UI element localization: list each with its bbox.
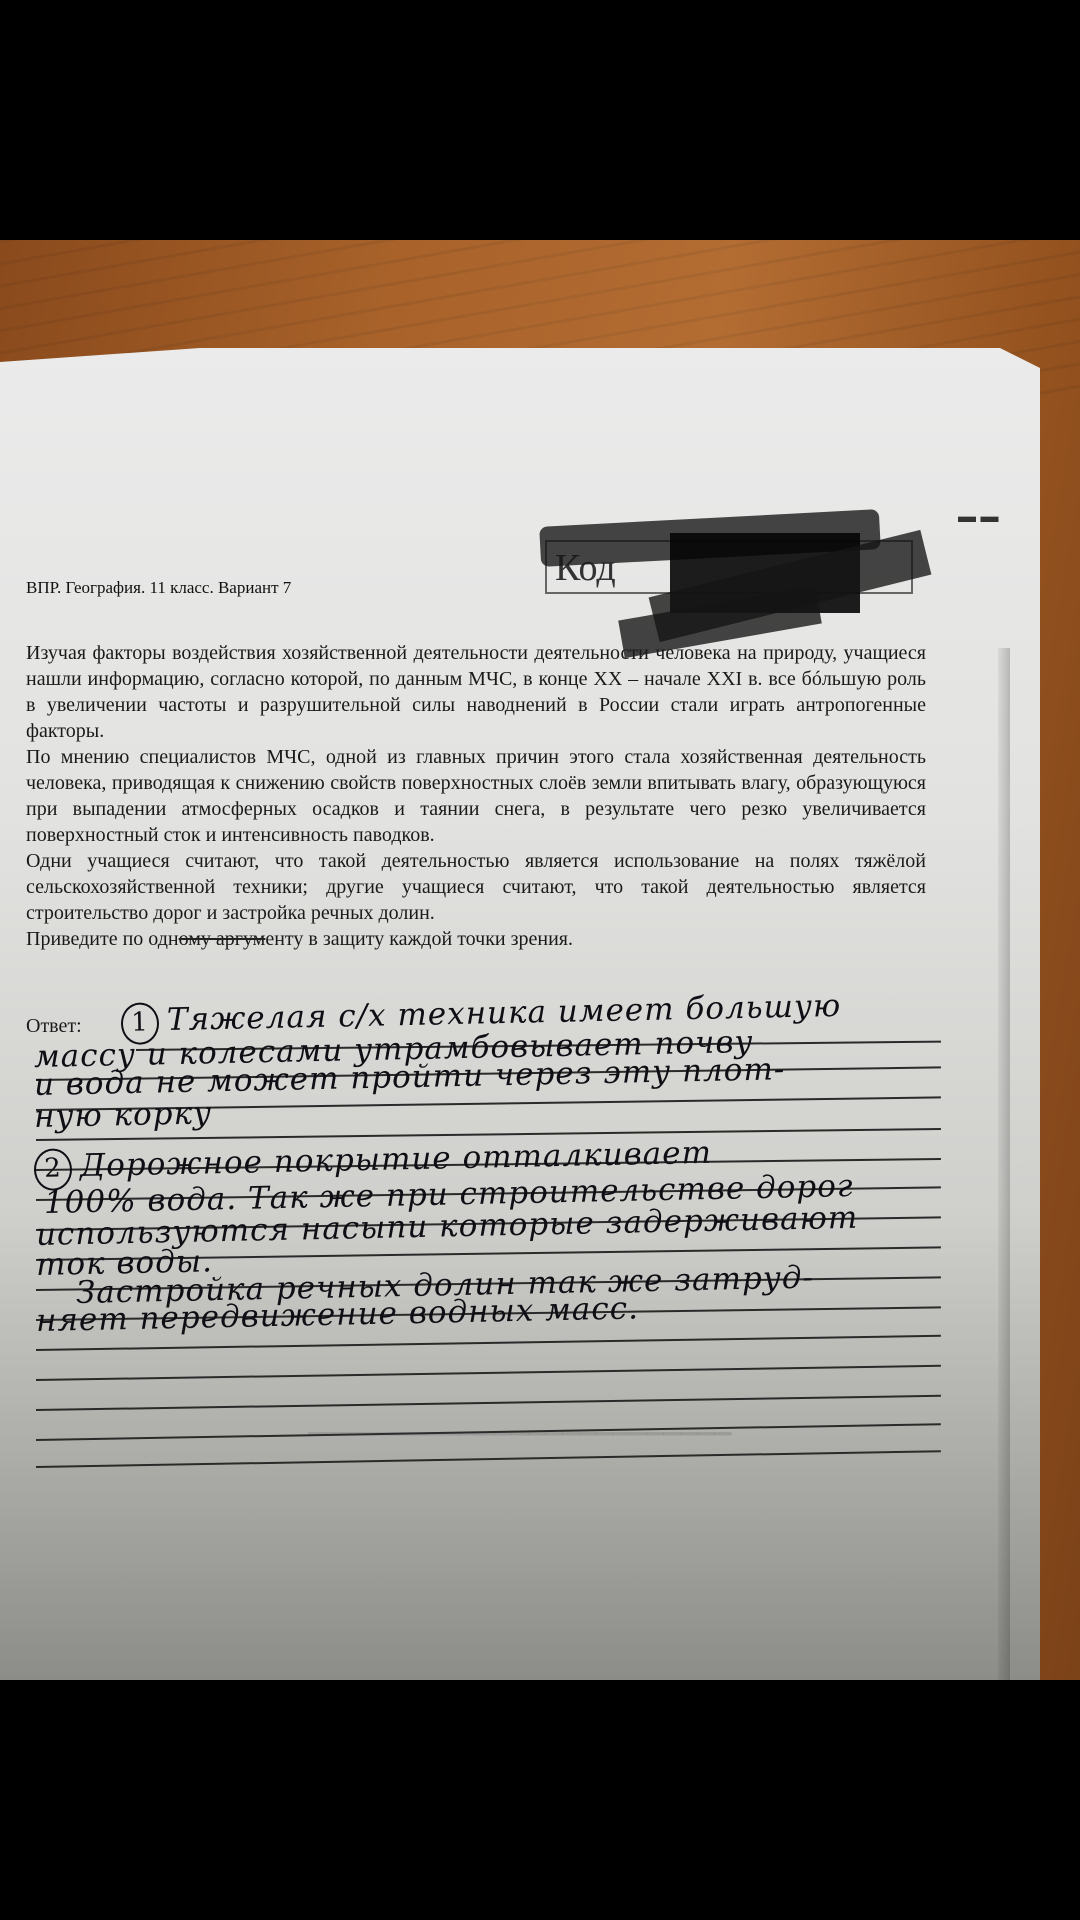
answer-line	[36, 1365, 941, 1381]
instruction-struck-text: ому аргум	[179, 928, 266, 950]
answer-label: Ответ:	[26, 1015, 82, 1038]
bottom-black-bar	[0, 1680, 1080, 1920]
pencil-marks: ▬ ▬	[958, 506, 999, 527]
top-black-bar	[0, 0, 1080, 240]
photo-of-worksheet: ▬ ▬ ВПР. География. 11 класс. Вариант 7 …	[0, 240, 1080, 1680]
task-instruction: Приведите по одному аргументу в защиту к…	[26, 926, 926, 952]
show-through-text: ▁▁▁▁▁▁▁▁▁▁▁▁▁▁▁▁▁▁▁▁▁▁▁▁▁	[120, 1408, 920, 1438]
paper-edge-shadow	[998, 648, 1010, 1680]
task-paragraph: Изучая факторы воздействия хозяйственной…	[26, 640, 926, 744]
instruction-suffix: енту в защиту каждой точки зрения.	[265, 928, 573, 950]
worksheet-paper: ▬ ▬ ВПР. География. 11 класс. Вариант 7 …	[0, 348, 1040, 1680]
worksheet-header: ВПР. География. 11 класс. Вариант 7	[26, 578, 291, 598]
task-paragraph: Одни учащиеся считают, что такой деятель…	[26, 848, 926, 926]
task-paragraph: По мнению специалистов МЧС, одной из гла…	[26, 744, 926, 848]
answer-line	[36, 1450, 941, 1468]
answer-line	[36, 1335, 941, 1351]
handwritten-line: ную корку	[34, 1095, 213, 1135]
instruction-prefix: Приведите по одн	[26, 928, 179, 950]
task-text: Изучая факторы воздействия хозяйственной…	[26, 640, 926, 952]
